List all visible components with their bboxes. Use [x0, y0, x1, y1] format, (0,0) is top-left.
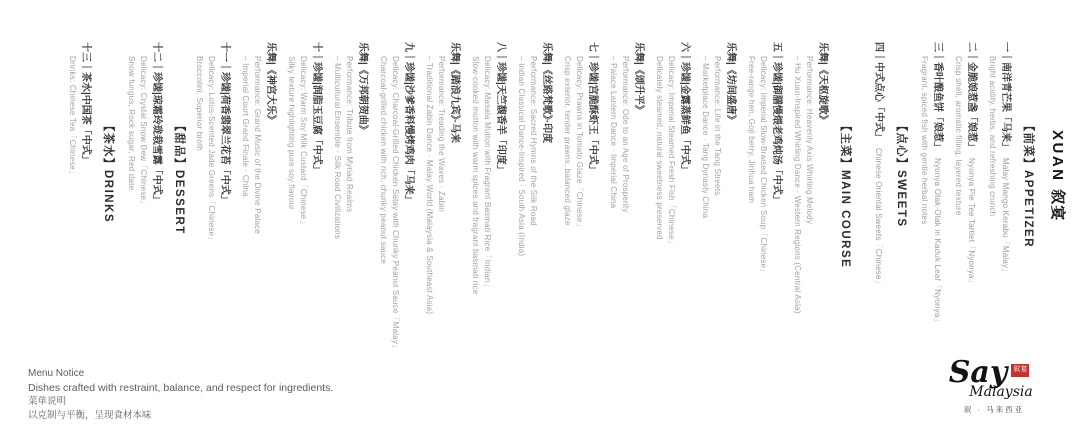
performance-note: – Traditional Zabin Dance · Malay World … — [424, 12, 434, 438]
dish-note: Slow-cooked mutton with warm spices and … — [470, 12, 480, 438]
performance-line: 乐舞|《颂升平》 — [632, 12, 644, 438]
dish-name-cn: 八｜珍馐|天竺馥香羊「印度」 — [495, 42, 506, 175]
dish-note: Delicacy: Imperial Slow-Braised Chicken … — [758, 12, 768, 438]
performance-note: Performance: Treading the Waves · Zabin — [436, 12, 446, 438]
dish-name-en: Nyonya Otak-Otak in Kaduk Leaf「Nyonya」 — [933, 158, 942, 326]
section-label-en: DESSERT — [173, 170, 185, 235]
dish-name-cn: 九｜珍馐|沙爹香料慢烤鸡肉「马来」 — [403, 42, 414, 205]
performance-note: – Hu Xuan-Inspired Whirling Dance · West… — [792, 12, 802, 438]
performance-note: Performance: Heavenly Axis Whirling Melo… — [804, 12, 814, 438]
dish-name-cn: 六｜珍馐|金露蒸鲜鱼「中式」 — [679, 42, 690, 175]
section-label-en: DRINKS — [102, 170, 114, 223]
dish-line: 六｜珍馐|金露蒸鲜鱼「中式」 — [678, 12, 690, 438]
logo-subtitle-cn: 叙 · 马来西亚 — [944, 404, 1044, 415]
notice-line-cn: 以克制与平衡，呈现食材本味 — [28, 409, 333, 423]
dish-note: Delicately steamed, natural sweetness pr… — [654, 12, 664, 438]
dish-line: 四｜中式点心「中式」Chinese Oriental Sweets「Chines… — [872, 12, 884, 438]
performance-line: 乐舞|《丝路梵歌》·印度 — [540, 12, 552, 438]
dish-name-cn: 四｜中式点心「中式」 — [873, 42, 884, 142]
section-label-en: SWEETS — [895, 170, 907, 228]
performance-name-cn: 乐舞|《天枢旋歌》 — [817, 42, 828, 125]
performance-name-cn: 乐舞|《丝路梵歌》·印度 — [541, 42, 552, 143]
dish-name-cn: 七｜珍馐|宫脆酥虾王「中式」 — [587, 42, 598, 175]
dish-name-cn: 十三｜茶水|中国茶「中式」 — [80, 42, 91, 165]
logo-name-text: Malaysia — [958, 385, 1044, 399]
dish-name-cn: 三｜香叶酿鱼饼「娘惹」 — [932, 42, 943, 152]
notice-title-en: Menu Notice — [28, 367, 333, 381]
brand-title-en: XUAN — [1049, 130, 1066, 183]
performance-name-cn: 乐舞|《神宫大乐》 — [265, 42, 276, 125]
performance-line: 乐舞|《踏浪九宾》·马来 — [448, 12, 460, 438]
performance-line: 乐舞|《万邦朝贺曲》 — [356, 12, 368, 438]
performance-note: – Indian Classical Dance-Inspired · Sout… — [516, 12, 526, 438]
dish-name-en: Malay Mango Kerabu「Malay」 — [1001, 158, 1010, 276]
notice-title-cn: 菜单说明 — [28, 395, 333, 409]
dish-note: Delicacy: Masala Mutton with Fragrant Ba… — [482, 12, 492, 438]
performance-name-cn: 乐舞|《坊间盛唐》 — [725, 42, 736, 125]
performance-line: 乐舞|《天枢旋歌》 — [816, 12, 828, 438]
performance-name-cn: 乐舞|《万邦朝贺曲》 — [357, 42, 368, 135]
brand-title: XUAN 叙宴 — [1048, 12, 1066, 438]
performance-name-cn: 乐舞|《颂升平》 — [633, 42, 644, 115]
dish-name-cn: 一｜南洋青芒果「马来」 — [1000, 42, 1011, 152]
menu-page: XUAN 叙宴 【前菜】APPETIZER 一｜南洋青芒果「马来」Malay M… — [0, 0, 1080, 438]
notice-line-en: Dishes crafted with restraint, balance, … — [28, 381, 333, 395]
dish-name-cn: 五｜珍馐|御膳慢煨老鸡炖汤「中式」 — [771, 42, 782, 205]
dish-name-en: Chinese Oriental Sweets「Chinese」 — [874, 148, 883, 288]
dish-note: Crisp exterior, tender prawns, balanced … — [562, 12, 572, 438]
section-label-en: MAIN COURSE — [839, 170, 851, 268]
performance-note: Performance: Tribute from Myriad Realms — [344, 12, 354, 438]
dish-note: Delicacy: Prawns in Tomato Glaze「Chinese… — [574, 12, 584, 438]
performance-name-cn: 乐舞|《踏浪九宾》·马来 — [449, 42, 460, 143]
dish-name-cn: 二｜金脆娘惹盏「娘惹」 — [966, 42, 977, 152]
dish-name-en: Nyonya Pie Tee Tartlet「Nyonya」 — [967, 158, 976, 287]
dish-line: 五｜珍馐|御膳慢煨老鸡炖汤「中式」 — [770, 12, 782, 438]
section-label-cn: 【甜品】 — [173, 120, 185, 170]
performance-note: – Marketplace Dance · Tang Dynasty China — [700, 12, 710, 438]
dish-name-cn: 十一｜珍馐|荷香翡翠兰花苔「中式」 — [219, 42, 230, 205]
brand-logo: Say 叙宴 Malaysia 叙 · 马来西亚 — [934, 358, 1044, 415]
performance-line: 乐舞|《坊间盛唐》 — [724, 12, 736, 438]
dish-line: 八｜珍馐|天竺馥香羊「印度」 — [494, 12, 506, 438]
section-label-cn: 【点心】 — [895, 120, 907, 170]
section-label-main-course: 【主菜】MAIN COURSE — [838, 12, 852, 438]
logo-red-seal: 叙宴 — [1011, 364, 1029, 377]
dish-note: Free-range hen, Goji berry, Jinhua ham — [746, 12, 756, 438]
dish-note: Fragrant, spiced fish with gentle herbal… — [919, 12, 929, 438]
section-label-sweets: 【点心】SWEETS — [894, 12, 908, 438]
dish-note: Delicacy: Charcoal-Grilled Chicken Satay… — [390, 12, 400, 438]
dish-line: 九｜珍馐|沙爹香料慢烤鸡肉「马来」 — [402, 12, 414, 438]
dish-line: 七｜珍馐|宫脆酥虾王「中式」 — [586, 12, 598, 438]
section-label-cn: 【前菜】 — [1022, 120, 1034, 170]
dish-name-cn: 十｜珍馐|润脂玉豆腐「中式」 — [311, 42, 322, 175]
performance-note: Performance: Sacred Hymns of the Silk Ro… — [528, 12, 538, 438]
menu-notice: Menu Notice Dishes crafted with restrain… — [28, 367, 333, 423]
section-label-en: APPETIZER — [1022, 170, 1034, 248]
dish-name-cn: 十二｜珍馐|琼霜玲珑栽雪露「中式」 — [151, 42, 162, 205]
section-label-cn: 【茶水】 — [102, 120, 114, 170]
dish-note: Charcoal-grilled chicken with rich, chun… — [378, 12, 388, 438]
performance-note: Performance: Life in the Tang Streets — [712, 12, 722, 438]
brand-title-cn: 叙宴 — [1049, 189, 1066, 221]
section-label-cn: 【主菜】 — [839, 120, 851, 170]
performance-note: Performance: Ode to an Age of Prosperity — [620, 12, 630, 438]
performance-note: – Palace Lantern Dance · Imperial China — [608, 12, 618, 438]
performance-note: – Multicultural Ensemble · Silk Road Civ… — [332, 12, 342, 438]
dish-note: Delicacy: Imperial Steamed Fresh Fish「Ch… — [666, 12, 676, 438]
